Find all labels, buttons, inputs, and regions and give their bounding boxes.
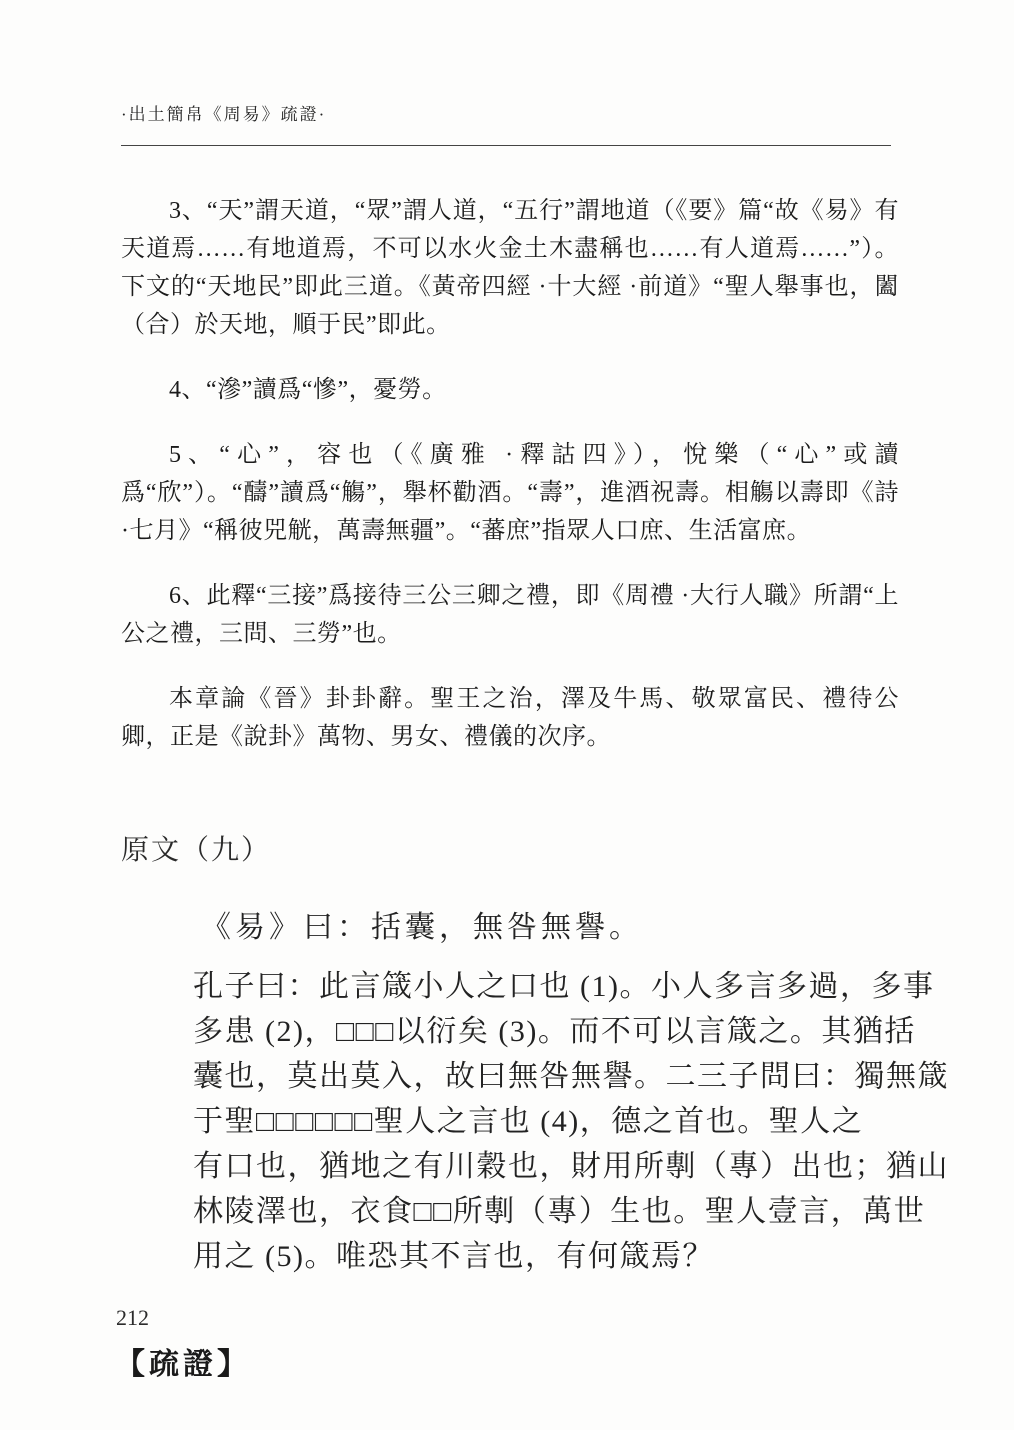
commentary-paragraph-5: 5、“心”，容也（《廣雅 ·釋詁四》），悅樂（“心”或讀爲“欣”）。“醻”讀爲“…: [121, 436, 899, 550]
commentary-paragraph-3: 3、“天”謂天道，“眾”謂人道，“五行”謂地道（《要》篇“故《易》有天道焉……有…: [121, 192, 899, 344]
book-page: ·出土簡帛《周易》疏證· 3、“天”謂天道，“眾”謂人道，“五行”謂地道（《要》…: [0, 0, 1014, 1430]
page-number: 212: [116, 1305, 149, 1331]
commentary-paragraph-4: 4、“滲”讀爲“慘”，憂勞。: [121, 371, 899, 409]
quote-body-line-7: 用之 (5)。唯恐其不言也，有何箴焉？: [193, 1234, 899, 1279]
quote-yi-line: 《易》曰：括囊，無咎無譽。: [201, 902, 899, 946]
chapter-summary-paragraph: 本章論《晉》卦卦辭。聖王之治，澤及牛馬、敬眾富民、禮待公卿，正是《說卦》萬物、男…: [121, 680, 899, 756]
commentary-paragraph-6: 6、此釋“三接”爲接待三公三卿之禮，即《周禮 ·大行人職》所謂“上公之禮，三問、…: [121, 577, 899, 653]
section-heading-shuzheng: 【疏證】: [115, 1339, 899, 1383]
quote-body-line-6: 林陵澤也，衣食□□所剸（專）生也。聖人壹言，萬世: [193, 1189, 899, 1234]
running-head-title: ·出土簡帛《周易》疏證·: [121, 100, 326, 125]
quote-body-line-1: 孔子曰：此言箴小人之口也 (1)。小人多言多過，多事: [193, 964, 899, 1009]
page-content: 3、“天”謂天道，“眾”謂人道，“五行”謂地道（《要》篇“故《易》有天道焉……有…: [121, 192, 899, 1383]
quote-body-line-3: 囊也，莫出莫入，故曰無咎無譽。二三子問曰：獨無箴: [193, 1054, 899, 1099]
classical-quote-block: 《易》曰：括囊，無咎無譽。 孔子曰：此言箴小人之口也 (1)。小人多言多過，多事…: [193, 902, 899, 1279]
quote-body-line-2: 多患 (2)，□□□以衍矣 (3)。而不可以言箴之。其猶括: [193, 1009, 899, 1054]
header-rule: [121, 145, 891, 146]
quote-body-line-4: 于聖□□□□□□聖人之言也 (4)，德之首也。聖人之: [193, 1099, 899, 1144]
quote-body-line-5: 有口也，猶地之有川穀也，財用所剸（專）出也；猶山: [193, 1144, 899, 1189]
section-heading-yuanwen-9: 原文（九）: [121, 828, 899, 868]
